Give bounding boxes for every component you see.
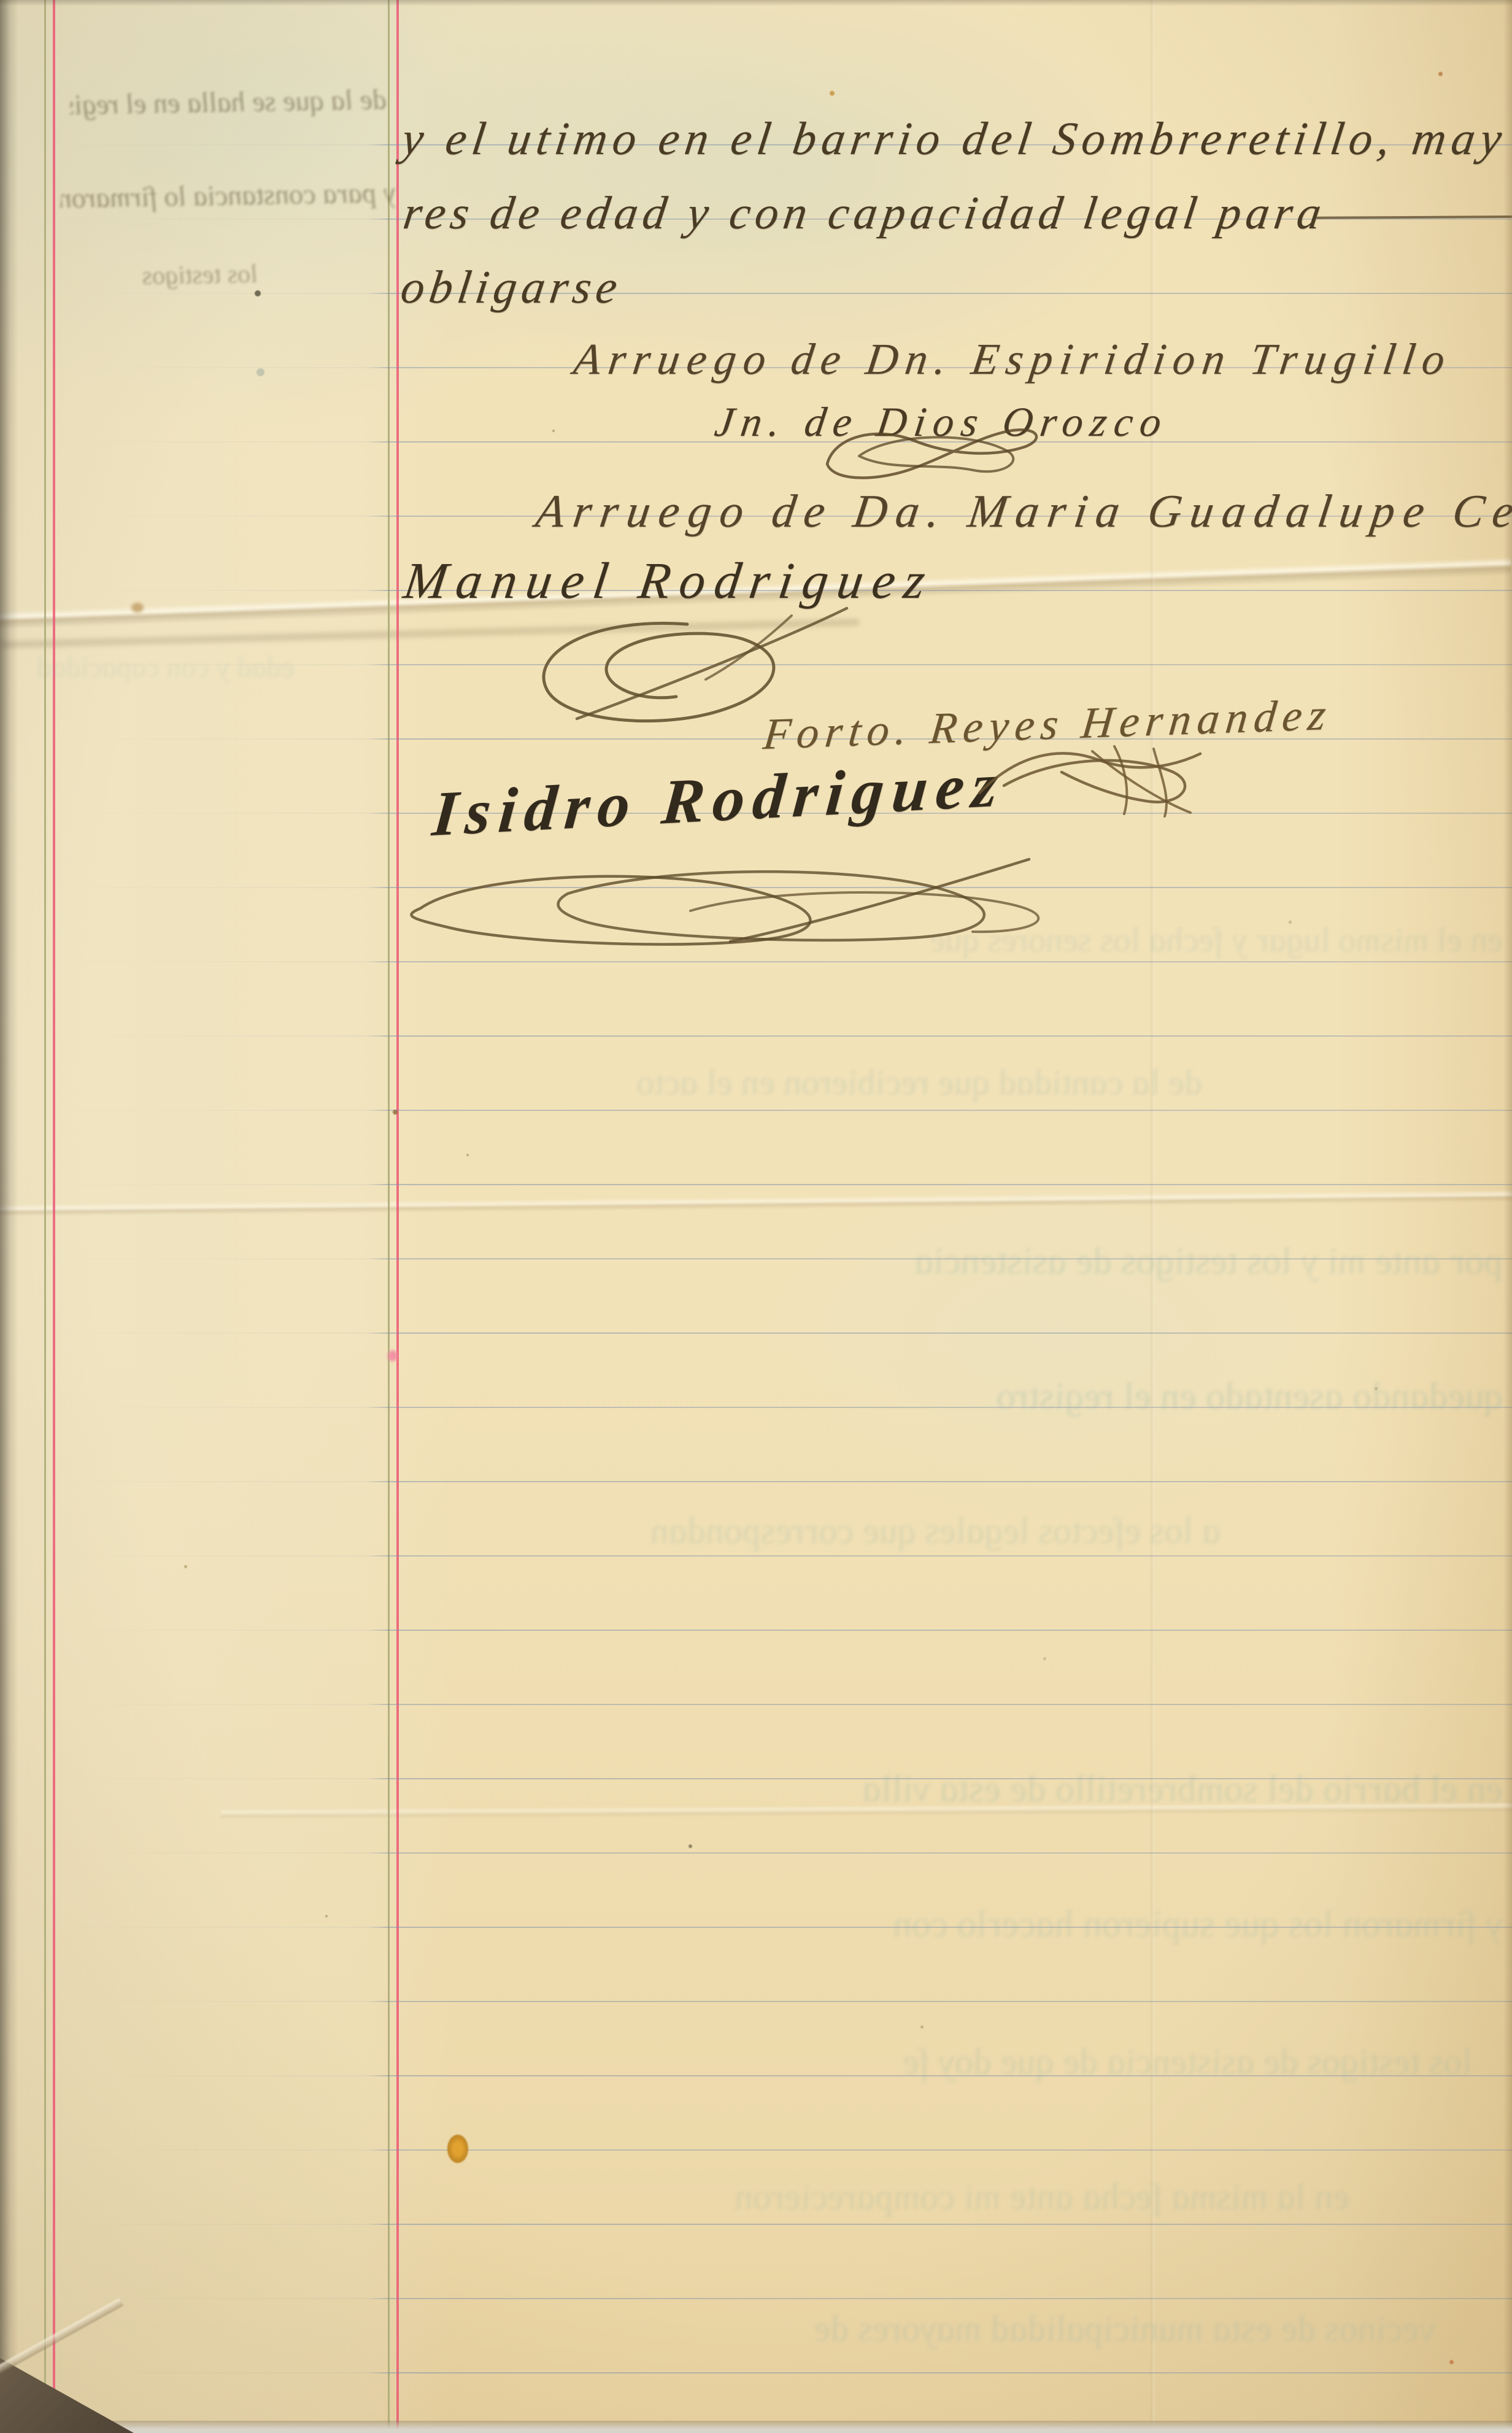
manuscript-line: res de edad y con capacidad legal para <box>400 187 1329 240</box>
rubric-flourish-manuel-rodriguez <box>503 605 908 737</box>
bleedthrough-ghost-text: en el barrio del sombreretillo de esta v… <box>426 1768 1508 1811</box>
ruled-line <box>36 2372 1512 2373</box>
paper-speck <box>393 1110 398 1115</box>
scan-edge-left <box>0 0 18 2433</box>
paper-speck <box>1375 1387 1378 1390</box>
scan-edge-bottom <box>0 2421 1512 2433</box>
paper-speck <box>1043 1657 1046 1660</box>
ruled-line <box>36 961 1512 962</box>
bleedthrough-ghost-text: por ante mi y los testigos de asistencia <box>420 1240 1508 1283</box>
manuscript-page: de la que se halla en el registro de est… <box>0 0 1512 2433</box>
bleedthrough-ghost-text: de la cantidad que recibieron en el acto <box>401 1062 1206 1103</box>
paper-speck <box>1289 921 1292 924</box>
ruled-line <box>36 2001 1512 2002</box>
scan-edge-top <box>0 0 1512 6</box>
ruled-line <box>36 1110 1512 1111</box>
paper-speck <box>688 1844 692 1848</box>
paper-speck <box>325 1915 328 1917</box>
signature-manuel-rodriguez: Manuel Rodriguez <box>400 551 938 611</box>
bleedthrough-ghost-text: en la misma fecha ante mi comparecieron <box>414 2176 1354 2218</box>
attestation-line: Arruego de Da. Maria Guadalupe Ceni <box>533 485 1512 538</box>
bleedthrough-ghost-text: los testigos de asistencia de que doy fe <box>426 2041 1476 2083</box>
rubric-flourish-isidro-rodriguez <box>384 854 1071 953</box>
manuscript-line: obligarse <box>398 261 625 314</box>
ruled-line <box>36 1481 1512 1482</box>
ruled-line <box>36 2298 1512 2299</box>
margin-rule-red-main <box>396 0 399 2433</box>
paper-speck <box>830 91 835 96</box>
ruled-line <box>36 2149 1512 2151</box>
bleedthrough-ghost-text: vecinos de esta municipalidad mayores de <box>426 2308 1440 2350</box>
ruled-line <box>36 1852 1512 1854</box>
paper-speck <box>920 2025 924 2029</box>
bleedthrough-ghost-text: a los efectos legales que correspondan <box>389 1510 1225 1552</box>
tan-stain <box>131 603 144 613</box>
margin-rule-green-left <box>44 0 46 2433</box>
manuscript-line: y el utimo en el barrio del Sombreretill… <box>399 112 1511 166</box>
margin-rule-red-left <box>53 0 55 2433</box>
bleedthrough-ghost-text: edad y con capacidad legal para obligars… <box>34 651 298 684</box>
bleedthrough-ghost-text: y firmaron los que supieron hacerlo con <box>401 1903 1508 1946</box>
bleedthrough-ghost-text: y para constancia lo firmaron conmigo <box>60 176 398 215</box>
paper-speck <box>1449 2360 1454 2364</box>
margin-rule-green-main <box>388 0 390 2433</box>
ruled-line <box>36 2224 1512 2225</box>
amber-stain <box>447 2135 468 2163</box>
ruled-line <box>36 1704 1512 1705</box>
scan-edge-right <box>1503 0 1512 2433</box>
ruled-line <box>36 1555 1512 1557</box>
paper-speck <box>184 1565 187 1568</box>
bleedthrough-ghost-text: los testigos <box>112 260 260 292</box>
rubric-flourish-reyes-hernandez <box>970 737 1227 822</box>
ruled-line <box>36 1333 1512 1334</box>
paper-speck <box>256 368 264 376</box>
paper-speck <box>1438 72 1443 76</box>
paper-speck <box>552 430 555 432</box>
rubric-flourish-orozco <box>816 422 1062 487</box>
pink-ink-blot <box>388 1350 398 1361</box>
ruled-line <box>36 1184 1512 1185</box>
ruled-line <box>36 1630 1512 1631</box>
bleedthrough-ghost-text: de la que se halla en el registro de est… <box>69 83 388 122</box>
ruled-line <box>36 1035 1512 1037</box>
paper-speck <box>466 1154 469 1156</box>
bleedthrough-ghost-text: quedando asentado en el registro <box>389 1375 1508 1418</box>
paper-speck <box>255 290 261 296</box>
attestation-line: Arruego de Dn. Espiridion Trugillo <box>571 334 1456 385</box>
